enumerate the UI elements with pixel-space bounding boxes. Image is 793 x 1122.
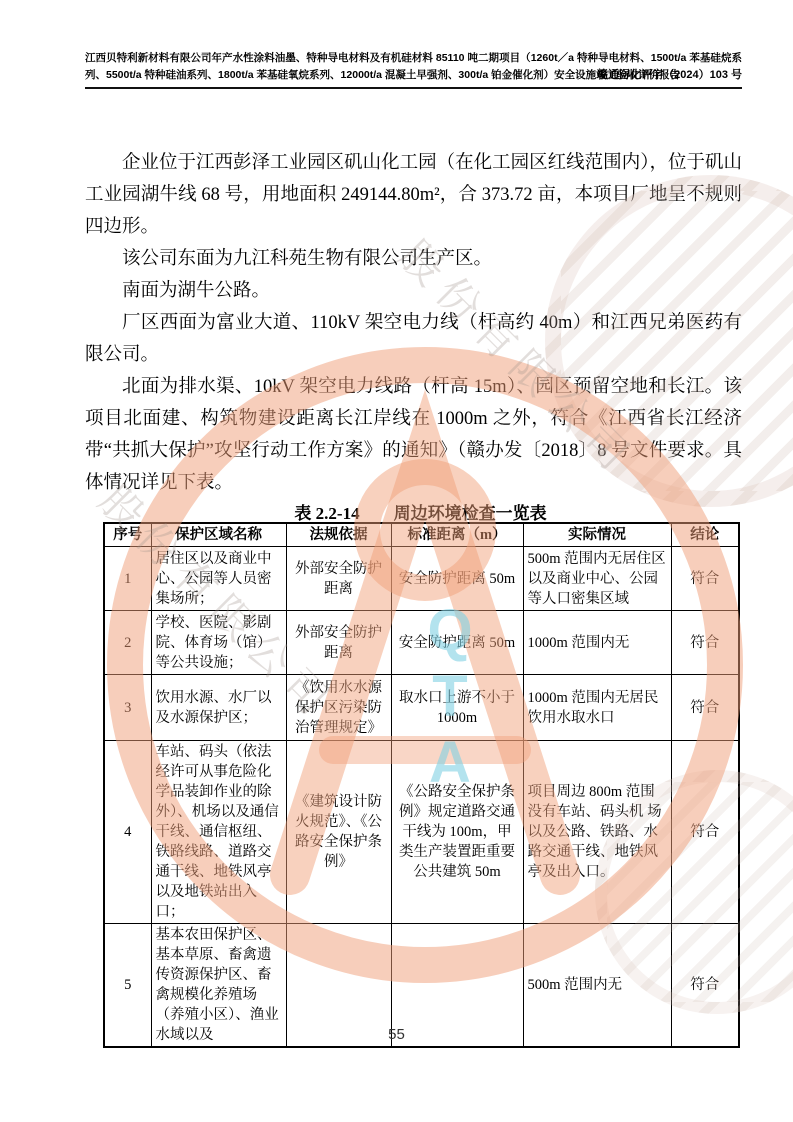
col-header-index: 序号 [104,523,151,547]
cell-conclusion: 符合 [671,547,739,611]
cell-index: 4 [104,741,151,924]
cell-index: 3 [104,675,151,741]
cell-regulation: 外部安全防护距离 [286,611,391,675]
col-header-conclusion: 结论 [671,523,739,547]
col-header-regulation: 法规依据 [286,523,391,547]
table-row: 2 学校、医院、影剧院、体育场（馆）等公共设施； 外部安全防护距离 安全防护距离… [104,611,739,675]
cell-conclusion: 符合 [671,675,739,741]
environment-check-table: 序号 保护区域名称 法规依据 标准距离（m） 实际情况 结论 1 居住区以及商业… [103,522,740,1048]
cell-distance: 安全防护距离 50m [391,611,523,675]
document-page: 江西贝特利新材料有限公司年产水性涂料油墨、特种导电材料及有机硅材料 85110 … [0,0,793,1122]
cell-index: 2 [104,611,151,675]
body-text: 企业位于江西彭泽工业园区矶山化工园（在化工园区红线范围内），位于矶山工业园湖牛线… [85,147,742,499]
cell-area: 车站、码头（依法经许可从事危险化学品装卸作业的除外）、机场以及通信干线、通信枢纽… [151,741,286,924]
cell-area: 学校、医院、影剧院、体育场（馆）等公共设施； [151,611,286,675]
table-row: 1 居住区以及商业中心、公园等人员密集场所； 外部安全防护距离 安全防护距离 5… [104,547,739,611]
paragraph-east: 该公司东面为九江科苑生物有限公司生产区。 [85,243,742,275]
table-row: 4 车站、码头（依法经许可从事危险化学品装卸作业的除外）、机场以及通信干线、通信… [104,741,739,924]
cell-distance: 《公路安全保护条例》规定道路交通干线为 100m，甲类生产装置距重要公共建筑 5… [391,741,523,924]
paragraph-north: 北面为排水渠、10kV 架空电力线路（杆高 15m）、园区预留空地和长江。该项目… [85,371,742,499]
report-header: 江西贝特利新材料有限公司年产水性涂料油墨、特种导电材料及有机硅材料 85110 … [85,50,742,89]
cell-actual: 500m 范围内无居住区以及商业中心、公园等人口密集区域 [523,547,671,611]
cell-actual: 项目周边 800m 范围没有车站、码头机 场以及公路、铁路、水路交通干线、地铁风… [523,741,671,924]
cell-actual: 1000m 范围内无 [523,611,671,675]
cell-distance: 取水口上游不小于 1000m [391,675,523,741]
cell-conclusion: 符合 [671,741,739,924]
cell-conclusion: 符合 [671,611,739,675]
col-header-distance: 标准距离（m） [391,523,523,547]
col-header-actual: 实际情况 [523,523,671,547]
paragraph-location: 企业位于江西彭泽工业园区矶山化工园（在化工园区红线范围内），位于矶山工业园湖牛线… [85,147,742,243]
table-row: 3 饮用水源、水厂以及水源保护区； 《饮用水水源保护区污染防治管理规定》 取水口… [104,675,739,741]
cell-regulation: 《建筑设计防火规范》、《公路安全保护条例》 [286,741,391,924]
cell-area: 饮用水源、水厂以及水源保护区； [151,675,286,741]
document-number: 赣通浔化评字（2024）103 号 [597,67,742,84]
cell-distance: 安全防护距离 50m [391,547,523,611]
paragraph-west: 厂区西面为富业大道、110kV 架空电力线（杆高约 40m）和江西兄弟医药有限公… [85,307,742,371]
cell-regulation: 《饮用水水源保护区污染防治管理规定》 [286,675,391,741]
cell-regulation: 外部安全防护距离 [286,547,391,611]
page-number: 55 [0,1026,793,1043]
table-header-row: 序号 保护区域名称 法规依据 标准距离（m） 实际情况 结论 [104,523,739,547]
cell-actual: 1000m 范围内无居民饮用水取水口 [523,675,671,741]
cell-index: 1 [104,547,151,611]
col-header-area: 保护区域名称 [151,523,286,547]
paragraph-south: 南面为湖牛公路。 [85,275,742,307]
cell-area: 居住区以及商业中心、公园等人员密集场所； [151,547,286,611]
table-title: 表 2.2-14 周边环境检查一览表 [103,499,738,524]
